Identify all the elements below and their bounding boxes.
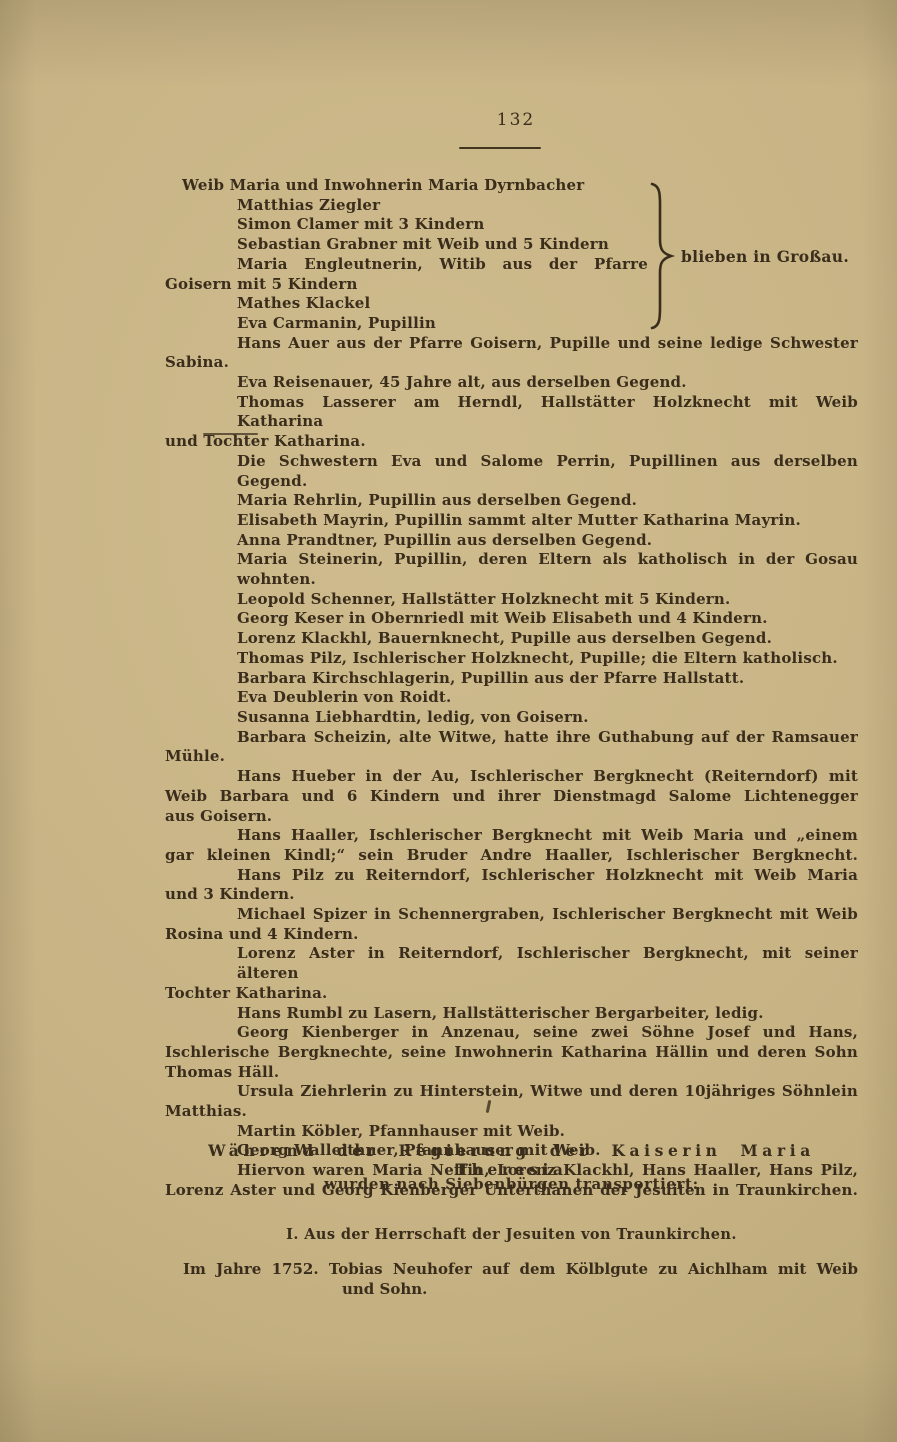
- text-line: Hans Pilz zu Reiterndorf, Ischlerischer …: [237, 866, 858, 886]
- entry-year-label: Im Jahre 1752.: [183, 1260, 319, 1278]
- text-line: Martin Köbler, Pfannhauser mit Weib.: [237, 1122, 858, 1142]
- text-line: Lorenz Klackhl, Bauernknecht, Pupille au…: [237, 629, 858, 649]
- entry-text: Tobias Neuhofer auf dem Kölblgute zu Aic…: [329, 1260, 858, 1278]
- text-line: Die Schwestern Eva und Salome Perrin, Pu…: [237, 452, 858, 491]
- curly-brace-icon: [646, 181, 676, 335]
- text-line: aus Goisern.: [165, 807, 858, 827]
- text-line: Georg Kienberger in Anzenau, seine zwei …: [237, 1023, 858, 1043]
- text-line: Susanna Liebhardtin, ledig, von Goisern.: [237, 708, 858, 728]
- page-number: 132: [456, 110, 576, 130]
- text-line: Simon Clamer mit 3 Kindern: [237, 215, 858, 235]
- text-line: Mühle.: [165, 747, 858, 767]
- page-number-rule: [459, 147, 541, 149]
- text-line: Maria Steinerin, Pupillin, deren Eltern …: [237, 550, 858, 589]
- text-line: Thomas Pilz, Ischlerischer Holzknecht, P…: [237, 649, 858, 669]
- text-line: Thomas Lasserer am Herndl, Hallstätter H…: [237, 393, 858, 432]
- text-line: Thomas Häll.: [165, 1063, 858, 1083]
- text-line: Hans Haaller, Ischlerischer Bergknecht m…: [237, 826, 858, 846]
- text-line: Leopold Schenner, Hallstätter Holzknecht…: [237, 590, 858, 610]
- text-line: Weib Barbara und 6 Kindern und ihrer Die…: [165, 787, 858, 807]
- text-line: Barbara Scheizin, alte Witwe, hatte ihre…: [237, 728, 858, 748]
- scan-artifact-underline: [203, 433, 258, 435]
- heading-transport: wurden nach Siebenbürgen transportiert:: [165, 1175, 858, 1193]
- text-line: Georg Keser in Obernriedl mit Weib Elisa…: [237, 609, 858, 629]
- text-line: und Tochter Katharina.: [165, 432, 858, 452]
- entry-1752: Im Jahre 1752. Tobias Neuhofer auf dem K…: [165, 1259, 858, 1299]
- text-line: Ursula Ziehrlerin zu Hinterstein, Witwe …: [237, 1082, 858, 1102]
- text-line: Eva Deublerin von Roidt.: [237, 688, 858, 708]
- text-line: Matthias Ziegler: [237, 196, 858, 216]
- entry-first-line: Im Jahre 1752. Tobias Neuhofer auf dem K…: [183, 1259, 858, 1279]
- body-lines: Weib Maria und Inwohnerin Maria Dyrnbach…: [165, 176, 858, 1201]
- text-line: Michael Spizer in Schennergraben, Ischle…: [237, 905, 858, 925]
- heading-maria-theresia: Während der Regierung der Kaiserin Maria…: [165, 1141, 858, 1179]
- text-line: Sabina.: [165, 353, 858, 373]
- text-line: Hans Auer aus der Pfarre Goisern, Pupill…: [237, 334, 858, 354]
- text-line: Goisern mit 5 Kindern: [165, 275, 858, 295]
- text-line: gar kleinen Kindl;“ sein Bruder Andre Ha…: [165, 846, 858, 866]
- text-line: Maria Engleutnerin, Witib aus der Pfarre: [237, 255, 648, 275]
- text-line: Eva Carmanin, Pupillin: [237, 314, 858, 334]
- text-line: Anna Prandtner, Pupillin aus derselben G…: [237, 531, 858, 551]
- text-line: Hans Hueber in der Au, Ischlerischer Ber…: [237, 767, 858, 787]
- text-line: Weib Maria und Inwohnerin Maria Dyrnbach…: [182, 176, 858, 196]
- text-line: Maria Rehrlin, Pupillin aus derselben Ge…: [237, 491, 858, 511]
- scanned-book-page: 132 Weib Maria und Inwohnerin Maria Dyrn…: [0, 0, 897, 1442]
- text-line: Matthias.: [165, 1102, 858, 1122]
- text-line: Tochter Katharina.: [165, 984, 858, 1004]
- text-line: Hans Rumbl zu Lasern, Hallstätterischer …: [237, 1004, 858, 1024]
- text-line: Elisabeth Mayrin, Pupillin sammt alter M…: [237, 511, 858, 531]
- text-line: Eva Reisenauer, 45 Jahre alt, aus dersel…: [237, 373, 858, 393]
- text-line: Ischlerische Bergknechte, seine Inwohner…: [165, 1043, 858, 1063]
- text-line: Lorenz Aster in Reiterndorf, Ischlerisch…: [237, 944, 858, 983]
- text-line: Rosina und 4 Kindern.: [165, 925, 858, 945]
- text-line: Barbara Kirchschlagerin, Pupillin aus de…: [237, 669, 858, 689]
- text-line: Mathes Klackel: [237, 294, 858, 314]
- text-line: und 3 Kindern.: [165, 885, 858, 905]
- margin-note: blieben in Großau.: [681, 247, 849, 266]
- entry-second-line: und Sohn.: [342, 1279, 858, 1299]
- section-heading: I. Aus der Herrschaft der Jesuiten von T…: [165, 1226, 858, 1243]
